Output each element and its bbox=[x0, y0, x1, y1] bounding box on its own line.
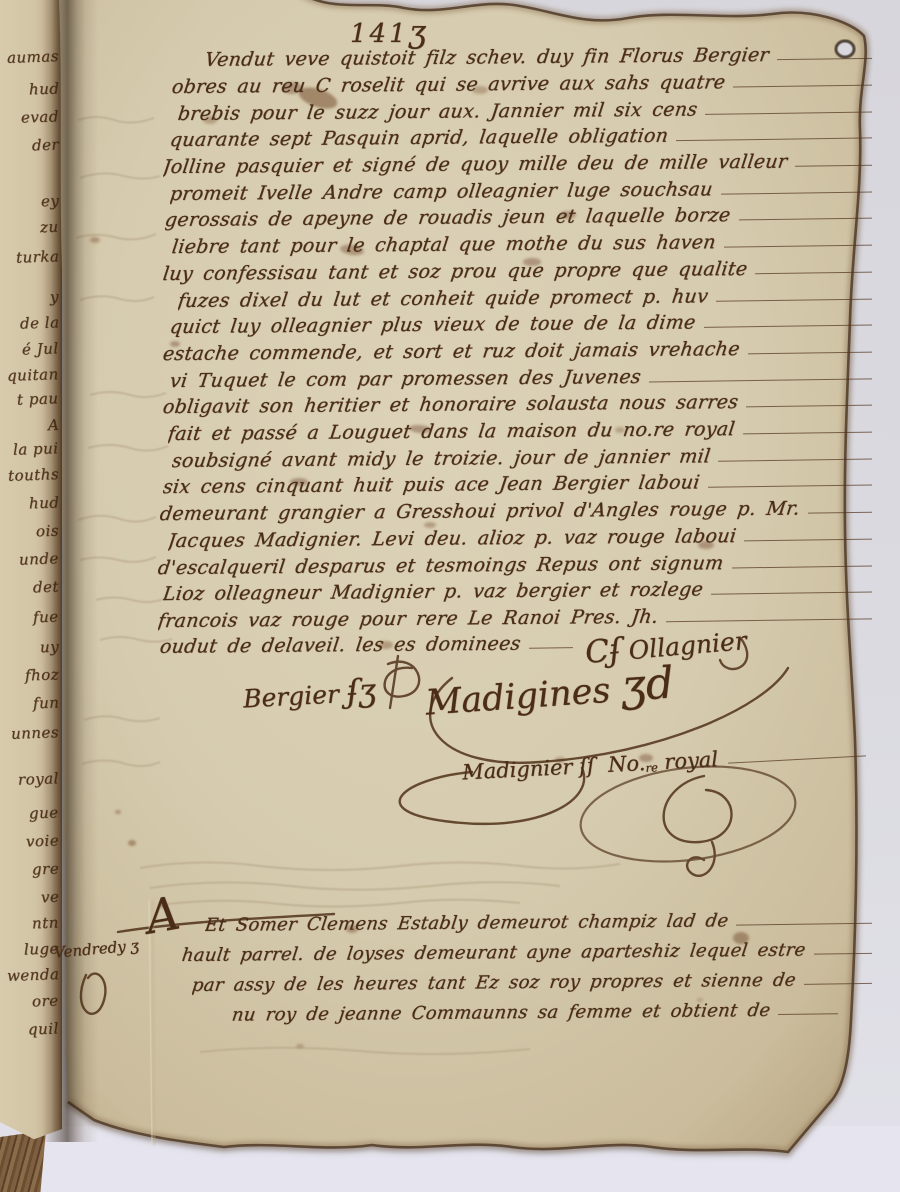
manuscript-text-line: d'escalqueril desparus et tesmoings Repu… bbox=[158, 551, 874, 579]
manuscript-line-text: Jacques Madignier. Levi deu. alioz p. va… bbox=[168, 525, 738, 552]
manuscript-line-text: obres au reu C roselit qui se avrive aux… bbox=[172, 71, 727, 98]
postscript-initial: A bbox=[142, 886, 184, 945]
manuscript-line-text: brebis pour le suzz jour aux. Jannier mi… bbox=[178, 98, 699, 125]
manuscript-text-line: Vendut veve quistoit filz schev. duy fin… bbox=[205, 43, 874, 71]
manuscript-line-text: obligavit son heritier et honoraire sola… bbox=[163, 391, 740, 418]
manuscript-text-line: obligavit son heritier et honoraire sola… bbox=[163, 390, 874, 418]
manuscript-text-line: liebre tant pour le chaptal que mothe du… bbox=[172, 230, 874, 258]
notary-name: Madignier bbox=[462, 755, 573, 785]
manuscript-line-text: quict luy olleagnier plus vieux de toue … bbox=[170, 311, 697, 338]
manuscript-line-text: gerossais de apeyne de rouadis jeun et l… bbox=[165, 204, 732, 231]
manuscript-line-text: fuzes dixel du lut et conheit quide prom… bbox=[178, 285, 710, 312]
manuscript-line-text: six cens cinquant huit puis ace Jean Ber… bbox=[163, 471, 701, 498]
manuscript-text-line: estache commende, et sort et ruz doit ja… bbox=[163, 337, 874, 365]
manuscript-text-line: promeit Ivelle Andre camp olleagnier lug… bbox=[170, 177, 874, 205]
manuscript-line-text: liebre tant pour le chaptal que mothe du… bbox=[172, 231, 717, 258]
manuscript-text-line: soubsigné avant midy le troizie. jour de… bbox=[172, 444, 874, 472]
madigines-paraph: ʒd bbox=[619, 657, 675, 712]
manuscript-line-text: Lioz olleagneur Madignier p. vaz bergier… bbox=[163, 578, 705, 605]
notary-title-rest: royal bbox=[664, 747, 719, 774]
manuscript-text-line: luy confessisau tant et soz prou que pro… bbox=[163, 257, 874, 285]
manuscript-text-line: Jacques Madignier. Levi deu. alioz p. va… bbox=[168, 524, 874, 552]
manuscript-text-line: Lioz olleagneur Madignier p. vaz bergier… bbox=[163, 577, 874, 605]
manuscript-line-text: Vendut veve quistoit filz schev. duy fin… bbox=[205, 44, 770, 71]
page-number-value: 141 bbox=[350, 19, 409, 49]
manuscript-line-text: Jolline pasquier et signé de quoy mille … bbox=[163, 151, 789, 178]
notary-title-sup: re bbox=[645, 760, 658, 775]
signature-madigines: Madigines ʒd bbox=[424, 657, 676, 725]
notary-title-abbr: No. bbox=[607, 751, 646, 777]
manuscript-text-line: fuzes dixel du lut et conheit quide prom… bbox=[178, 284, 874, 312]
margin-note: Vendredy ʒ bbox=[53, 936, 139, 961]
manuscript-text-line: fait et passé a Louguet dans la maison d… bbox=[168, 417, 874, 445]
manuscript-text-line: Jolline pasquier et signé de quoy mille … bbox=[163, 150, 874, 178]
manuscript-text-line: oudut de delaveil. les es dominees bbox=[160, 632, 575, 658]
postscript-line: Et Somer Clemens Estably demeurot champi… bbox=[205, 909, 874, 936]
manuscript-line-text: promeit Ivelle Andre camp olleagnier lug… bbox=[170, 178, 714, 205]
signature-notary: Madignier ſſ No.re royal bbox=[462, 739, 867, 784]
manuscript-text-line: gerossais de apeyne de rouadis jeun et l… bbox=[165, 203, 874, 231]
manuscript-text-line: brebis pour le suzz jour aux. Jannier mi… bbox=[178, 97, 874, 125]
manuscript-line-text: francois vaz rouge pour rere Le Ranoi Pr… bbox=[158, 606, 660, 632]
manuscript-text-line: quict luy olleagnier plus vieux de toue … bbox=[170, 310, 874, 338]
signature-bergier: Bergier ʄʒ bbox=[242, 673, 377, 716]
manuscript-text-line: obres au reu C roselit qui se avrive aux… bbox=[172, 70, 874, 98]
manuscript-line-text: soubsigné avant midy le troizie. jour de… bbox=[172, 445, 712, 472]
postscript-line-text: hault parrel. de loyses demeurant ayne a… bbox=[182, 940, 807, 966]
manuscript-line-text: luy confessisau tant et soz prou que pro… bbox=[163, 258, 749, 285]
manuscript-text-line: demeurant grangier a Gresshoui privol d'… bbox=[160, 497, 874, 525]
postscript-line: par assy de les heures tant Ez soz roy p… bbox=[192, 969, 874, 996]
bergier-paraph: ʄʒ bbox=[346, 673, 377, 710]
madigines-name: Madigines bbox=[424, 671, 611, 724]
manuscript-photo: aumas hud evad der ey zu turka bbox=[0, 0, 900, 1192]
bergier-name: Bergier bbox=[242, 679, 339, 713]
manuscript-line-text: fait et passé a Louguet dans la maison d… bbox=[168, 418, 736, 445]
postscript-line-text: nu roy de jeanne Commaunns sa femme et o… bbox=[232, 1000, 772, 1026]
postscript-line-text: Et Somer Clemens Estably demeurot champi… bbox=[205, 910, 730, 936]
manuscript-text-line: francois vaz rouge pour rere Le Ranoi Pr… bbox=[158, 604, 874, 632]
manuscript-text-line: vi Tuquet le com par promessen des Juven… bbox=[170, 364, 874, 392]
manuscript-line-text: vi Tuquet le com par promessen des Juven… bbox=[170, 366, 643, 392]
postscript-line: hault parrel. de loyses demeurant ayne a… bbox=[182, 939, 874, 966]
manuscript-line-text: oudut de delaveil. les es dominees bbox=[160, 633, 522, 658]
manuscript-text-line: six cens cinquant huit puis ace Jean Ber… bbox=[163, 470, 874, 498]
manuscript-line-text: demeurant grangier a Gresshoui privol d'… bbox=[160, 498, 801, 526]
manuscript-line-text: d'escalqueril desparus et tesmoings Repu… bbox=[158, 552, 725, 579]
manuscript-text-line: quarante sept Pasquin aprid, laquelle ob… bbox=[170, 123, 874, 151]
notary-suffix: ſſ bbox=[579, 754, 596, 779]
manuscript-line-text: quarante sept Pasquin aprid, laquelle ob… bbox=[170, 125, 670, 151]
ink-text-layer: 141ʒ Vendut veve quistoit filz schev. du… bbox=[0, 0, 900, 1192]
page-number: 141ʒ bbox=[350, 14, 429, 50]
page-number-flourish: ʒ bbox=[409, 14, 430, 50]
manuscript-line-text: estache commende, et sort et ruz doit ja… bbox=[163, 338, 741, 365]
postscript-line: nu roy de jeanne Commaunns sa femme et o… bbox=[232, 999, 840, 1025]
postscript-line-text: par assy de les heures tant Ez soz roy p… bbox=[192, 970, 797, 996]
